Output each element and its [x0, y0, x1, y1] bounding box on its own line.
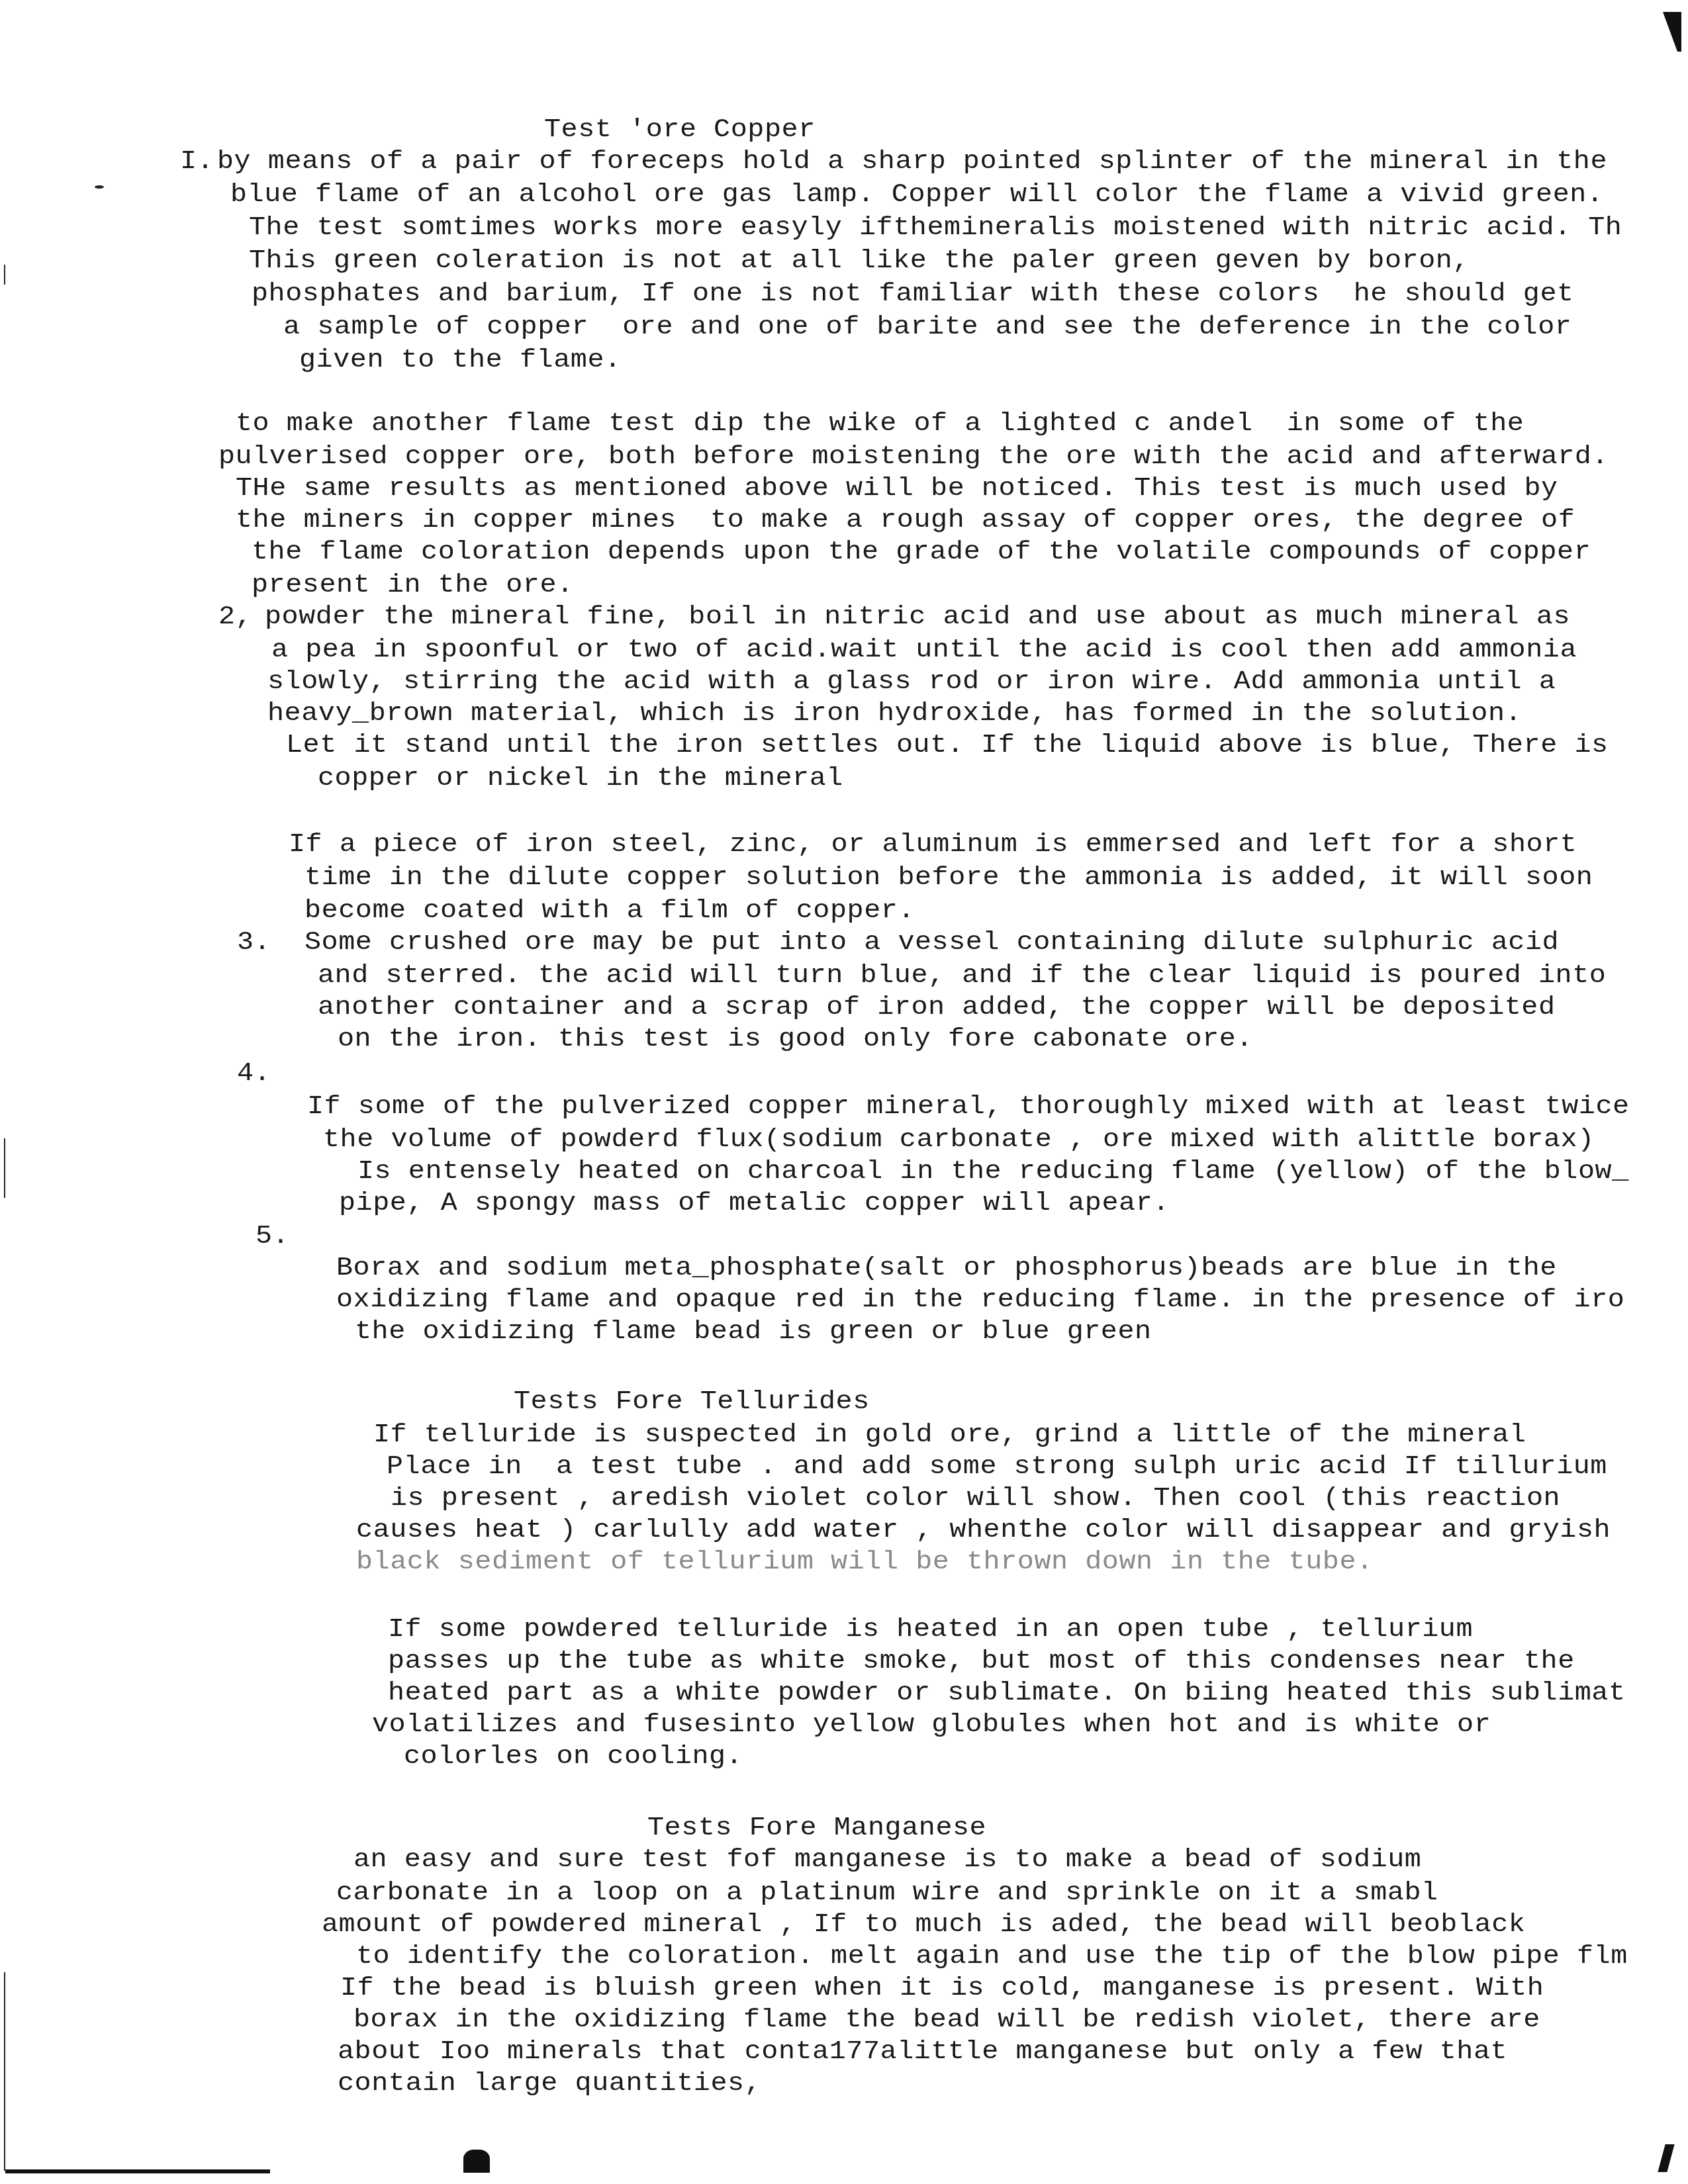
text-line: given to the flame. — [299, 345, 622, 376]
text-line: If some of the pulverized copper mineral… — [307, 1092, 1630, 1122]
text-line: oxidizing flame and opaque red in the re… — [336, 1285, 1624, 1316]
section-heading-manganese: Tests Fore Manganese — [647, 1813, 986, 1844]
text-line: time in the dilute copper solution befor… — [305, 863, 1593, 893]
text-line: Let it stand until the iron settles out.… — [286, 731, 1609, 761]
text-line: about Ioo minerals that conta177alittle … — [338, 2037, 1507, 2068]
text-line: an easy and sure test fof manganese is t… — [353, 1845, 1421, 1876]
text-line: Is entensely heated on charcoal in the r… — [357, 1157, 1629, 1187]
item-number: 4. — [237, 1059, 271, 1089]
item-number: 5. — [256, 1222, 289, 1252]
text-line: the miners in copper mines to make a rou… — [236, 506, 1575, 536]
text-line: heavy_brown material, which is iron hydr… — [267, 699, 1522, 729]
text-line: a sample of copper ore and one of barite… — [283, 312, 1571, 343]
text-line: amount of powdered mineral , If to much … — [322, 1910, 1525, 1940]
section-heading-copper: Test 'ore Copper — [544, 115, 816, 146]
text-line: The test somtimes works more easyly ifth… — [249, 213, 1622, 244]
item-number: 2, — [218, 602, 252, 633]
scan-margin-mark — [4, 1972, 5, 2171]
text-line: pulverised copper ore, both before moist… — [218, 442, 1609, 473]
text-line: volatilizes and fusesinto yellow globule… — [372, 1710, 1491, 1741]
text-line: phosphates and barium, If one is not fam… — [252, 279, 1574, 310]
scan-margin-mark — [4, 265, 5, 285]
text-line: to identify the coloration. melt again a… — [356, 1942, 1628, 1972]
text-line: If some powdered telluride is heated in … — [388, 1615, 1473, 1645]
text-line: become coated with a film of copper. — [305, 896, 915, 927]
text-line: black sediment of tellurium will be thro… — [356, 1547, 1374, 1578]
text-line: causes heat ) carlully add water , whent… — [356, 1516, 1611, 1546]
item-number: 3. — [237, 928, 271, 958]
text-line: Some crushed ore may be put into a vesse… — [305, 928, 1559, 958]
text-line: powder the mineral fine, boil in nitric … — [265, 602, 1570, 633]
text-line: THe same results as mentioned above will… — [236, 474, 1558, 504]
text-line: the flame coloration depends upon the gr… — [252, 537, 1591, 568]
scan-speck — [95, 185, 104, 189]
text-line: and sterred. the acid will turn blue, an… — [318, 961, 1606, 991]
text-line: contain large quantities, — [338, 2069, 761, 2099]
text-line: colorles on cooling. — [404, 1742, 743, 1772]
scan-ink-blot — [463, 2150, 490, 2173]
text-line: Place in a test tube . and add some stro… — [387, 1452, 1607, 1482]
text-line: the oxidizing flame bead is green or blu… — [355, 1317, 1152, 1347]
text-line: Borax and sodium meta_phosphate(salt or … — [336, 1253, 1557, 1284]
text-line: a pea in spoonful or two of acid.wait un… — [271, 635, 1577, 666]
text-line: If telluride is suspected in gold ore, g… — [373, 1420, 1526, 1451]
text-line: on the iron. this test is good only fore… — [338, 1024, 1253, 1055]
item-number: I. — [180, 147, 214, 177]
text-line: copper or nickel in the mineral — [318, 764, 843, 794]
text-line: This green coleration is not at all like… — [249, 246, 1470, 277]
text-line: blue flame of an alcohol ore gas lamp. C… — [230, 180, 1603, 210]
text-line: is present , aredish violet color will s… — [391, 1484, 1560, 1514]
scanned-typewritten-page: Test 'ore Copper I. by means of a pair o… — [0, 0, 1688, 2184]
text-line: by means of a pair of foreceps hold a sh… — [217, 147, 1607, 177]
text-line: carbonate in a loop on a platinum wire a… — [336, 1878, 1438, 1909]
text-line: heated part as a white powder or sublima… — [388, 1678, 1626, 1709]
text-line: another container and a scrap of iron ad… — [318, 993, 1556, 1023]
text-line: slowly, stirring the acid with a glass r… — [267, 667, 1556, 698]
text-line: present in the ore. — [252, 570, 574, 601]
scan-bottom-edge — [5, 2169, 270, 2173]
text-line: If a piece of iron steel, zinc, or alumi… — [289, 830, 1577, 860]
section-heading-tellurides: Tests Fore Tellurides — [514, 1387, 870, 1418]
text-line: If the bead is bluish green when it is c… — [340, 1974, 1544, 2004]
text-line: the volume of powderd flux(sodium carbon… — [323, 1125, 1595, 1156]
text-line: passes up the tube as white smoke, but m… — [388, 1647, 1575, 1677]
scan-corner-mark — [1663, 12, 1681, 52]
scan-corner-mark — [1658, 2144, 1674, 2172]
scan-margin-mark — [4, 1138, 5, 1198]
text-line: borax in the oxidizing flame the bead wi… — [353, 2005, 1540, 2036]
text-line: pipe, A spongy mass of metalic copper wi… — [339, 1189, 1170, 1219]
text-line: to make another flame test dip the wike … — [236, 409, 1524, 439]
